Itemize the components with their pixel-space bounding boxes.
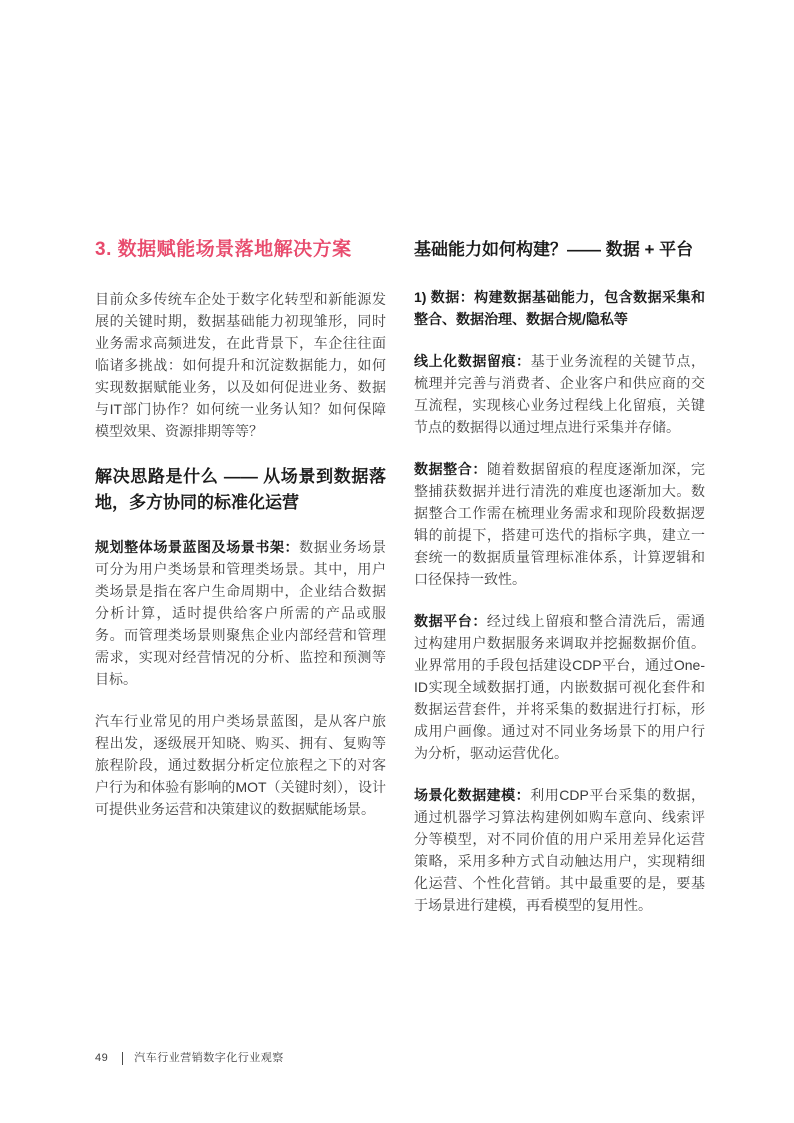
data-integration-paragraph: 数据整合：随着数据留痕的程度逐渐加深，完整捕获数据并进行清洗的难度也逐渐加大。数… — [414, 458, 705, 590]
page-number: 49 — [95, 1051, 108, 1066]
blueprint-paragraph-body: 数据业务场景可分为用户类场景和管理类场景。其中，用户类场景是指在客户生命周期中，… — [95, 539, 386, 687]
document-page: 3. 数据赋能场景落地解决方案 目前众多传统车企处于数字化转型和新能源发展的关键… — [0, 0, 794, 1123]
scenario-modeling-paragraph: 场景化数据建模：利用CDP平台采集的数据，通过机器学习算法构建例如购车意向、线索… — [414, 784, 705, 916]
blueprint-paragraph-lead: 规划整体场景蓝图及场景书架： — [95, 539, 299, 555]
right-column: 基础能力如何构建？—— 数据 + 平台 1) 数据：构建数据基础能力，包含数据采… — [414, 238, 705, 916]
footer-report-title: 汽车行业营销数字化行业观察 — [134, 1051, 284, 1066]
data-integration-paragraph-lead: 数据整合： — [414, 461, 487, 477]
solution-approach-subheading: 解决思路是什么 —— 从场景到数据落地，多方协同的标准化运营 — [95, 464, 386, 516]
customer-journey-paragraph: 汽车行业常见的用户类场景蓝图，是从客户旅程出发，逐级展开知晓、购买、拥有、复购等… — [95, 710, 386, 820]
data-platform-paragraph: 数据平台：经过线上留痕和整合清洗后，需通过构建用户数据服务来调取并挖掘数据价值。… — [414, 610, 705, 764]
scenario-modeling-paragraph-body: 利用CDP平台采集的数据，通过机器学习算法构建例如购车意向、线索评分等模型，对不… — [414, 787, 705, 913]
page-footer: 49 汽车行业营销数字化行业观察 — [95, 1051, 284, 1066]
capability-build-heading: 基础能力如何构建？—— 数据 + 平台 — [414, 238, 705, 262]
data-integration-paragraph-body: 随着数据留痕的程度逐渐加深，完整捕获数据并进行清洗的难度也逐渐加大。数据整合工作… — [414, 461, 705, 587]
data-platform-paragraph-lead: 数据平台： — [414, 613, 487, 629]
footer-divider — [122, 1052, 123, 1065]
online-trace-paragraph: 线上化数据留痕：基于业务流程的关键节点，梳理并完善与消费者、企业客户和供应商的交… — [414, 350, 705, 438]
numbered-data-lead: 1) 数据：构建数据基础能力，包含数据采集和整合、数据治理、数据合规/隐私等 — [414, 286, 705, 330]
online-trace-paragraph-lead: 线上化数据留痕： — [414, 353, 531, 369]
intro-paragraph: 目前众多传统车企处于数字化转型和新能源发展的关键时期，数据基础能力初现雏形，同时… — [95, 288, 386, 442]
data-platform-paragraph-body: 经过线上留痕和整合清洗后，需通过构建用户数据服务来调取并挖掘数据价值。业界常用的… — [414, 613, 705, 761]
section-title: 3. 数据赋能场景落地解决方案 — [95, 238, 386, 262]
left-column: 3. 数据赋能场景落地解决方案 目前众多传统车企处于数字化转型和新能源发展的关键… — [95, 238, 386, 820]
scenario-modeling-paragraph-lead: 场景化数据建模： — [414, 787, 530, 803]
blueprint-paragraph: 规划整体场景蓝图及场景书架：数据业务场景可分为用户类场景和管理类场景。其中，用户… — [95, 536, 386, 690]
